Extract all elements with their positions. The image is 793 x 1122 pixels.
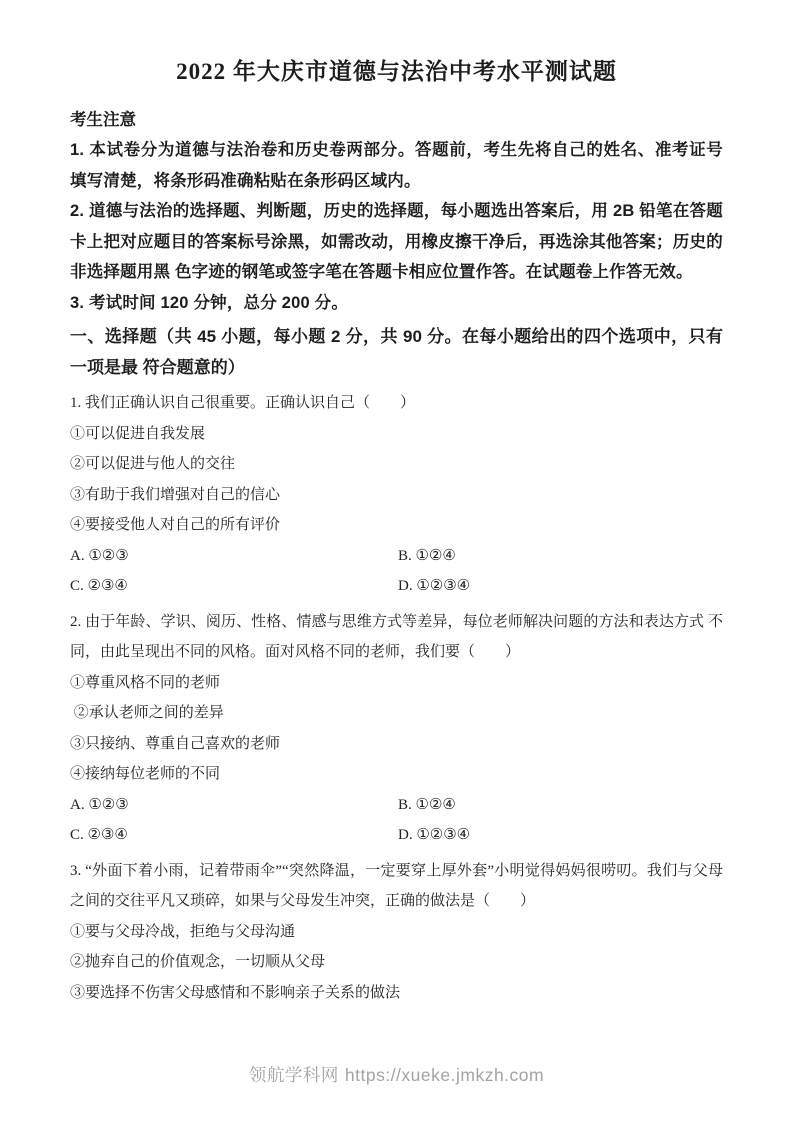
question-2: 2. 由于年龄、学识、阅历、性格、情感与思维方式等差异，每位老师解决问题的方法和… <box>70 607 723 851</box>
footer-site-name: 领航学科网 <box>249 1065 339 1085</box>
question-1-statement-4: ④要接受他人对自己的所有评价 <box>70 510 723 541</box>
question-1-options: A. ①②③ B. ①②④ C. ②③④ D. ①②③④ <box>70 541 723 602</box>
notice-item-3: 3. 考试时间 120 分钟，总分 200 分。 <box>70 288 723 319</box>
question-2-options: A. ①②③ B. ①②④ C. ②③④ D. ①②③④ <box>70 790 723 851</box>
question-2-option-c: C. ②③④ <box>70 820 398 851</box>
question-1-option-d: D. ①②③④ <box>398 571 723 602</box>
question-3-stem: 3. “外面下着小雨，记着带雨伞”“突然降温，一定要穿上厚外套”小明觉得妈妈很唠… <box>70 856 723 917</box>
question-3: 3. “外面下着小雨，记着带雨伞”“突然降温，一定要穿上厚外套”小明觉得妈妈很唠… <box>70 856 723 1009</box>
question-1-stem: 1. 我们正确认识自己很重要。正确认识自己（ ） <box>70 388 723 419</box>
question-1-statement-3: ③有助于我们增强对自己的信心 <box>70 480 723 511</box>
section-heading-choice-questions: 一、选择题（共 45 小题，每小题 2 分，共 90 分。在每小题给出的四个选项… <box>70 321 723 383</box>
question-1-option-a: A. ①②③ <box>70 541 398 572</box>
question-3-statement-2: ②抛弃自己的价值观念，一切顺从父母 <box>70 947 723 978</box>
exam-document-page: 2022 年大庆市道德与法治中考水平测试题 考生注意 1. 本试卷分为道德与法治… <box>0 0 793 1122</box>
question-2-option-b: B. ①②④ <box>398 790 723 821</box>
notice-heading: 考生注意 <box>70 105 723 135</box>
question-2-statement-4: ④接纳每位老师的不同 <box>70 759 723 790</box>
footer-url: https://xueke.jmkzh.com <box>345 1065 544 1085</box>
question-1-statement-1: ①可以促进自我发展 <box>70 419 723 450</box>
question-2-statement-2: ②承认老师之间的差异 <box>70 698 723 729</box>
question-2-statement-3: ③只接纳、尊重自己喜欢的老师 <box>70 729 723 760</box>
question-1-option-c: C. ②③④ <box>70 571 398 602</box>
notice-item-1: 1. 本试卷分为道德与法治卷和历史卷两部分。答题前，考生先将自己的姓名、准考证号… <box>70 135 723 196</box>
question-1-option-b: B. ①②④ <box>398 541 723 572</box>
document-content: 2022 年大庆市道德与法治中考水平测试题 考生注意 1. 本试卷分为道德与法治… <box>0 0 793 1008</box>
page-title: 2022 年大庆市道德与法治中考水平测试题 <box>70 56 723 88</box>
footer-watermark: 领航学科网https://xueke.jmkzh.com <box>0 1062 793 1087</box>
question-2-option-d: D. ①②③④ <box>398 820 723 851</box>
question-2-stem: 2. 由于年龄、学识、阅历、性格、情感与思维方式等差异，每位老师解决问题的方法和… <box>70 607 723 668</box>
question-2-option-a: A. ①②③ <box>70 790 398 821</box>
question-2-statement-1: ①尊重风格不同的老师 <box>70 668 723 699</box>
question-3-statement-1: ①要与父母冷战，拒绝与父母沟通 <box>70 917 723 948</box>
question-1-statement-2: ②可以促进与他人的交往 <box>70 449 723 480</box>
question-1: 1. 我们正确认识自己很重要。正确认识自己（ ） ①可以促进自我发展 ②可以促进… <box>70 388 723 602</box>
question-3-statement-3: ③要选择不伤害父母感情和不影响亲子关系的做法 <box>70 978 723 1009</box>
notice-item-2: 2. 道德与法治的选择题、判断题，历史的选择题，每小题选出答案后，用 2B 铅笔… <box>70 196 723 288</box>
